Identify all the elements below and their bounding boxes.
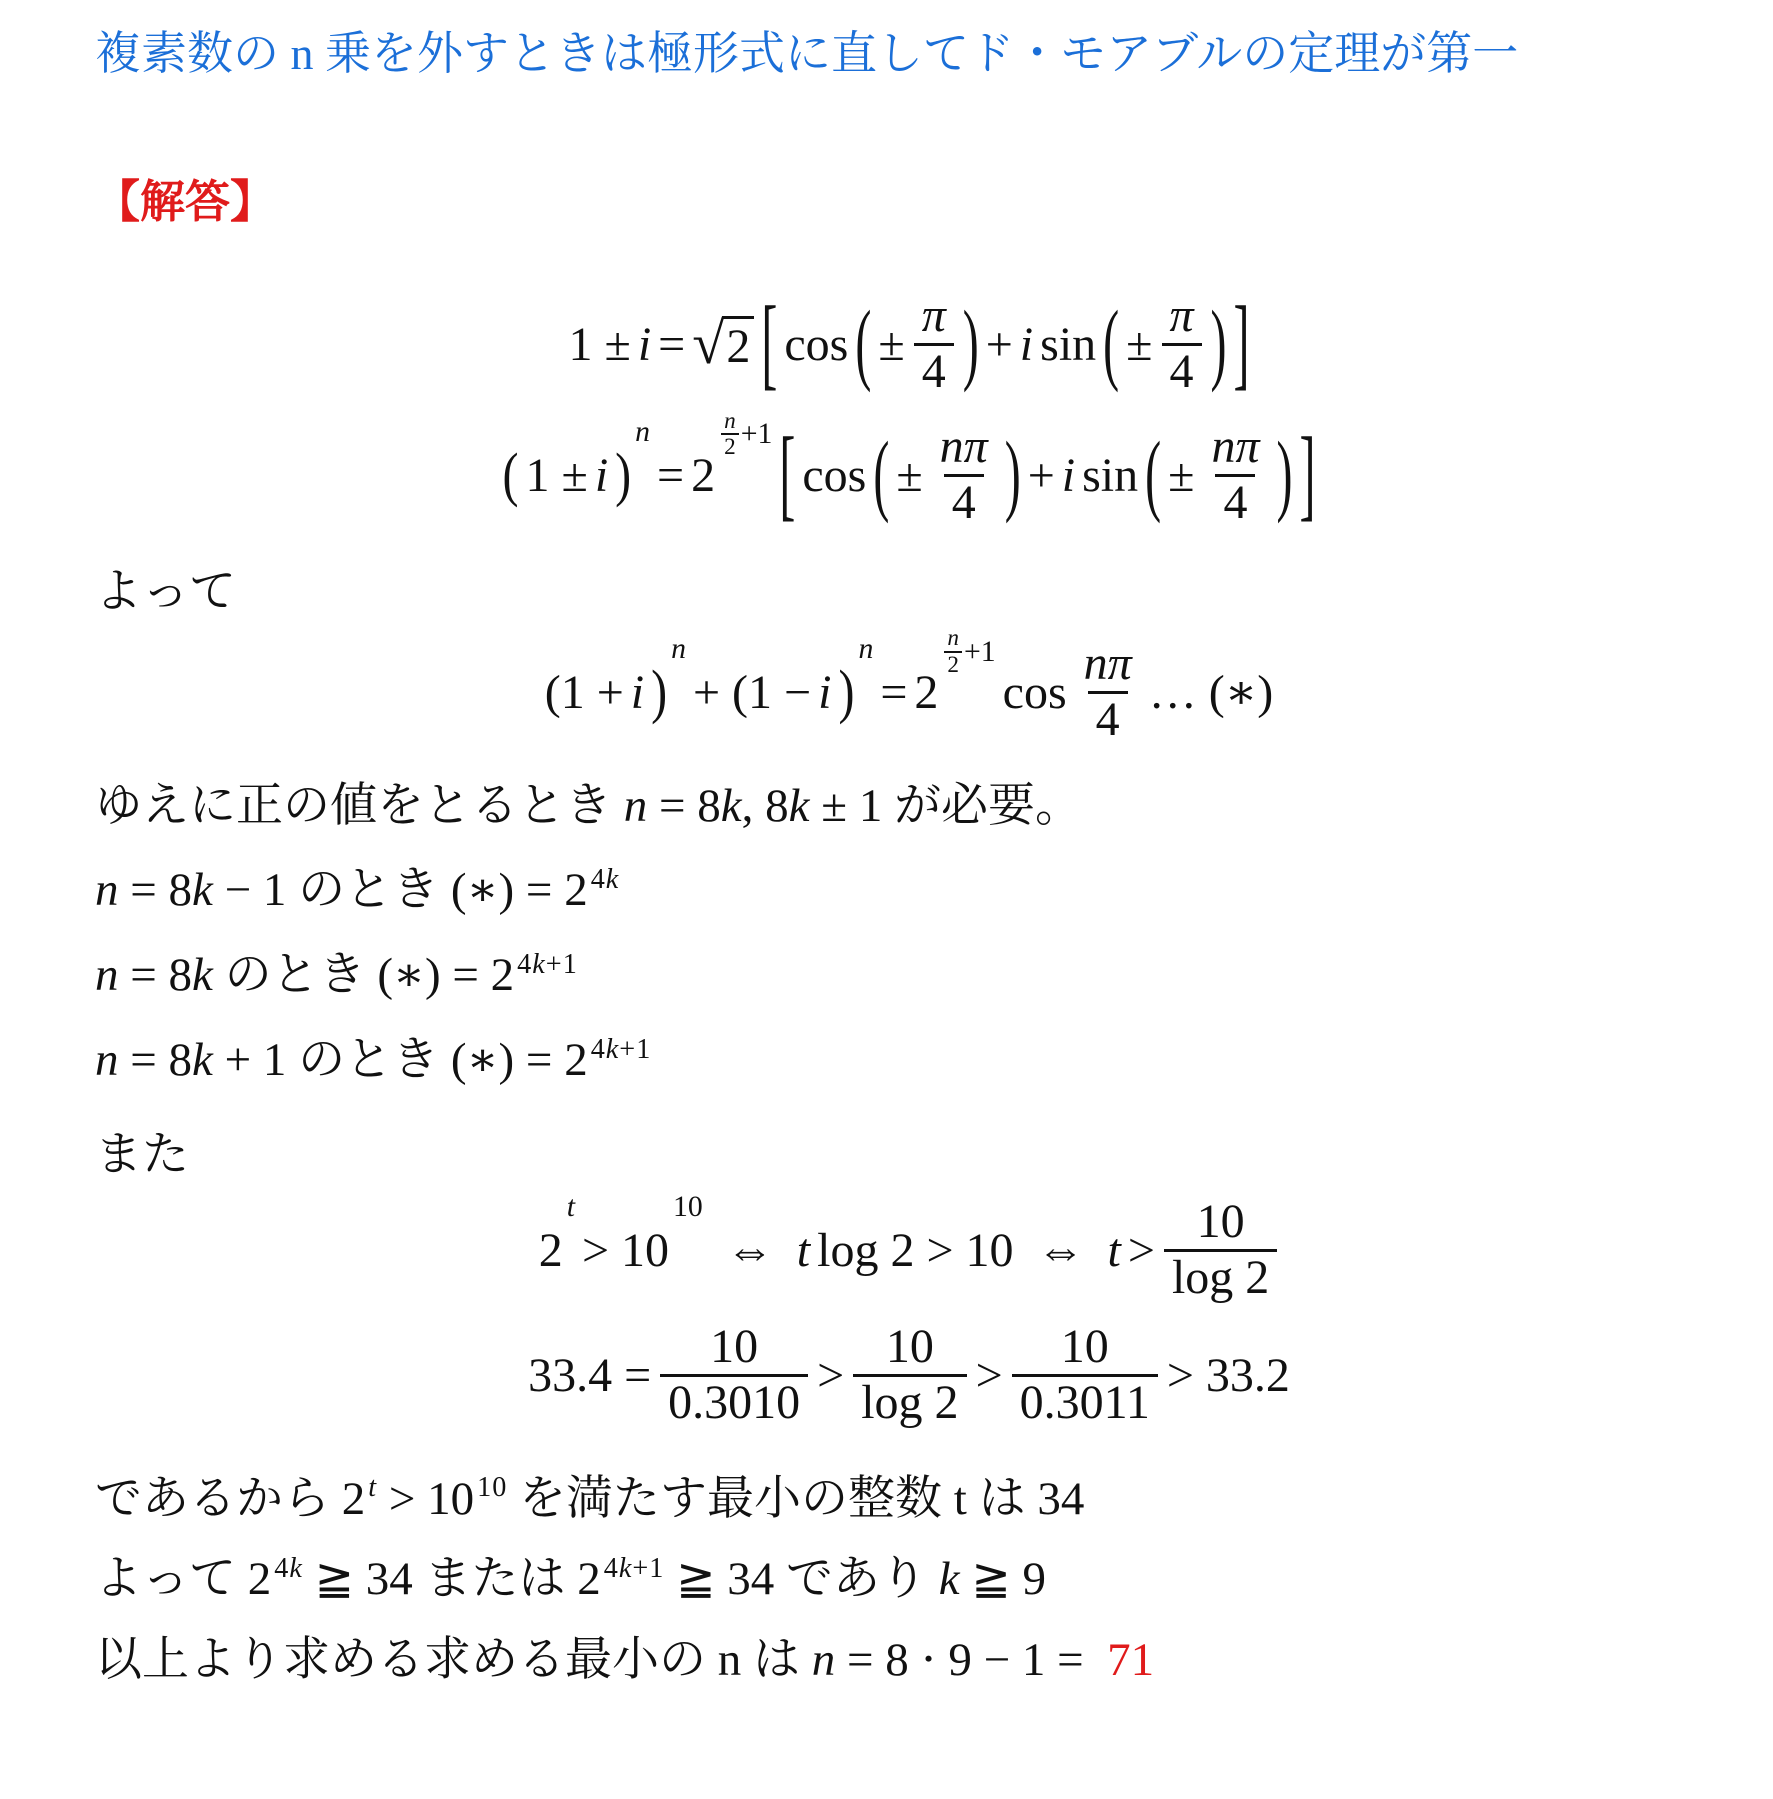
math-char: 8: [169, 949, 193, 1001]
math-char: [213, 1034, 225, 1086]
math-char: [972, 1634, 984, 1686]
math-char: [909, 1634, 921, 1686]
fraction: π 4: [1161, 290, 1201, 399]
math-char: ≧: [676, 1553, 715, 1605]
math-run: (∗) = 2: [377, 949, 514, 1001]
math-char: +: [225, 1034, 252, 1086]
math-char: [354, 1553, 366, 1605]
math-run: n = 8k − 1: [95, 864, 286, 916]
square-root: √ 2: [692, 316, 754, 374]
math-token: +1: [964, 635, 996, 669]
text-run: よって: [95, 1553, 248, 1605]
text-line-case-8k-minus-1: n = 8k − 1 のとき (∗) = 24k: [95, 861, 1723, 920]
math-char: −: [984, 1634, 1011, 1686]
math-token: >: [817, 1348, 844, 1403]
numerator: 10: [702, 1321, 766, 1374]
math-char: 4: [389, 1553, 413, 1605]
left-bracket: [: [761, 284, 777, 402]
math-char: 1: [649, 1553, 664, 1584]
math-char: =: [452, 949, 479, 1001]
math-char: ⋅: [921, 1634, 937, 1686]
numerator: nπ: [1076, 638, 1140, 691]
math-char: 2: [577, 1553, 601, 1605]
superscript: 4k+1: [604, 1553, 665, 1584]
math-char: k: [192, 1034, 213, 1086]
math-char: 0: [451, 1473, 475, 1525]
math-char: −: [225, 864, 252, 916]
math-token: i: [1062, 448, 1075, 503]
math-char: =: [526, 1034, 553, 1086]
numerator: n: [944, 626, 962, 650]
numerator: π: [1161, 290, 1201, 343]
math-char: (: [451, 864, 467, 916]
document-page: 複素数の n 乗を外すときは極形式に直してド・モアブルの定理が第一 【解答】 1…: [0, 0, 1773, 1799]
math-char: [847, 780, 859, 832]
math-char: k: [606, 864, 620, 895]
math-token: 1 ±: [568, 317, 630, 372]
text-line-mata: また: [95, 1126, 1723, 1185]
math-char: [810, 780, 822, 832]
math-char: [251, 864, 263, 916]
fraction: 10 0.3011: [1012, 1321, 1158, 1430]
math-char: 4: [591, 864, 606, 895]
math-token: cos: [784, 317, 848, 372]
left-paren: (: [873, 422, 889, 527]
numerator: 10: [1053, 1321, 1117, 1374]
equation-bounds: 33.4 = 10 0.3010 > 10 log 2 > 10 0.3011 …: [95, 1321, 1723, 1430]
fraction: 10 log 2: [853, 1321, 966, 1430]
equation-row: 1 ± i = √ 2 [ cos ( ± π 4 ) + i sin ( ± …: [568, 290, 1249, 399]
iff-arrow: ⇔: [726, 1223, 774, 1278]
math-char: 1: [263, 1034, 287, 1086]
math-token: >: [976, 1348, 1003, 1403]
math-char: ): [499, 864, 515, 916]
equation-log-inequality: 2 t > 10 10 ⇔ t log 2 > 10 ⇔ t > 10 log …: [95, 1196, 1723, 1305]
math-run: > 10: [377, 1473, 474, 1525]
fraction: nπ 4: [1203, 421, 1267, 530]
math-char: [716, 1553, 728, 1605]
superscript: n: [671, 632, 686, 666]
math-char: [686, 780, 698, 832]
math-char: ±: [821, 780, 847, 832]
math-char: =: [130, 864, 157, 916]
math-run: 2: [577, 1553, 601, 1605]
equation-power-form: ( 1 ± i ) n = 2 n 2 +1 [ cos ( ± nπ 4 ): [95, 421, 1723, 530]
math-token: ±: [878, 317, 904, 372]
superscript: n: [858, 632, 873, 666]
math-token: i: [631, 665, 644, 720]
text-run: また: [95, 1129, 189, 1181]
right-paren: ): [963, 291, 979, 396]
answer-label: 【解答】: [95, 165, 1723, 230]
superscript: 10: [673, 1190, 703, 1224]
math-char: ≧: [971, 1553, 1010, 1605]
math-char: [874, 1634, 886, 1686]
math-token: 2: [914, 665, 938, 720]
math-token: i: [1020, 317, 1033, 372]
math-token: log 2 > 10: [817, 1223, 1013, 1278]
exponent-group: n 2 +1: [721, 409, 772, 460]
math-char: 8: [169, 864, 193, 916]
math-run: ≧ 34: [664, 1553, 774, 1605]
math-run: 2: [248, 1553, 272, 1605]
math-token: ±: [1126, 317, 1152, 372]
math-char: 4: [517, 949, 532, 980]
math-char: [960, 1553, 972, 1605]
math-char: [937, 1634, 949, 1686]
math-char: 4: [274, 1553, 289, 1584]
math-token: 2: [539, 1223, 563, 1278]
math-token: +: [986, 317, 1013, 372]
math-char: (: [451, 1034, 467, 1086]
math-char: 2: [564, 864, 588, 916]
math-char: [835, 1634, 847, 1686]
denominator: 4: [944, 474, 984, 530]
superscript: t: [368, 1472, 377, 1503]
math-char: 1: [563, 949, 578, 980]
math-char: [1045, 1634, 1057, 1686]
math-token: + (1 −: [693, 665, 811, 720]
numerator: 10: [1189, 1196, 1253, 1249]
math-char: 1: [1022, 1634, 1046, 1686]
equation-row: (1 + i ) n + (1 − i ) n = 2 n 2 +1 cos n…: [545, 638, 1274, 747]
left-paren: (: [1145, 422, 1161, 527]
math-token: i: [638, 317, 651, 372]
math-token: cos: [802, 448, 866, 503]
math-char: [552, 1034, 564, 1086]
math-char: k: [192, 949, 213, 1001]
math-char: [753, 780, 765, 832]
math-char: k: [532, 949, 546, 980]
math-char: =: [526, 864, 553, 916]
math-char: 9: [1023, 1553, 1047, 1605]
math-char: 3: [727, 1553, 751, 1605]
math-char: 1: [636, 1034, 651, 1065]
math-token: … (∗): [1149, 664, 1274, 720]
math-token: 33.4 =: [528, 1348, 651, 1403]
math-char: [251, 1034, 263, 1086]
math-char: [552, 864, 564, 916]
math-char: [213, 864, 225, 916]
math-token: > 10: [582, 1223, 669, 1278]
math-char: ∗: [467, 864, 499, 916]
math-run: n = 8k + 1: [95, 1034, 286, 1086]
right-paren: ): [615, 440, 631, 509]
math-char: 4: [604, 1553, 619, 1584]
math-char: =: [847, 1634, 874, 1686]
text-line-case-8k: n = 8k のとき (∗) = 24k+1: [95, 946, 1723, 1005]
math-char: >: [389, 1473, 416, 1525]
left-paren: (: [855, 291, 871, 396]
math-char: 1: [477, 1472, 492, 1503]
math-run: n = 8k: [95, 949, 213, 1001]
math-token: 1 ±: [525, 448, 587, 503]
superscript: 4k+1: [517, 949, 578, 980]
math-char: n: [95, 1034, 119, 1086]
superscript: 4k: [591, 864, 620, 895]
math-char: 4: [751, 1553, 775, 1605]
math-char: n: [95, 949, 119, 1001]
text-line-dearukara: であるから 2t > 1010 を満たす最小の整数 t は 34: [95, 1470, 1723, 1529]
math-run: n = 8 ⋅ 9 − 1 =: [812, 1634, 1107, 1686]
exponent-group: n 2 +1: [944, 626, 995, 677]
iff-arrow: ⇔: [1037, 1223, 1085, 1278]
math-char: k: [606, 1034, 620, 1065]
math-char: ∗: [393, 949, 425, 1001]
text-run: のとき: [213, 949, 378, 1001]
math-run: n = 8k, 8k ± 1: [624, 780, 883, 832]
denominator: log 2: [1164, 1249, 1277, 1305]
denominator: 0.3010: [660, 1374, 808, 1430]
answer-value: 71: [1107, 1634, 1154, 1686]
math-char: k: [192, 864, 213, 916]
text-run: のとき: [286, 1034, 451, 1086]
text-run: のとき: [286, 864, 451, 916]
text-run: 以上より求める求める最小の n は: [95, 1634, 812, 1686]
text-run: が必要。: [882, 780, 1082, 832]
fraction: n 2: [944, 626, 962, 677]
math-char: ): [499, 1034, 515, 1086]
superscript: 4k+1: [591, 1034, 652, 1065]
math-char: [157, 864, 169, 916]
math-char: [157, 1034, 169, 1086]
denominator: 4: [914, 343, 954, 399]
text-run: または: [413, 1553, 578, 1605]
math-char: +: [546, 949, 563, 980]
fraction: nπ 4: [1076, 638, 1140, 747]
fraction: π 4: [914, 290, 954, 399]
numerator: n: [721, 409, 739, 433]
math-char: [479, 949, 491, 1001]
math-char: k: [289, 1553, 303, 1584]
equation-row: 33.4 = 10 0.3010 > 10 log 2 > 10 0.3011 …: [528, 1321, 1290, 1430]
right-paren: ): [1211, 291, 1227, 396]
math-char: 2: [491, 949, 515, 1001]
math-char: [119, 949, 131, 1001]
math-char: 9: [948, 1634, 972, 1686]
math-char: n: [812, 1634, 836, 1686]
denominator: 0.3011: [1012, 1374, 1158, 1430]
math-char: 1: [859, 780, 883, 832]
math-char: 2: [564, 1034, 588, 1086]
math-char: 8: [885, 1634, 909, 1686]
math-char: ≧: [315, 1553, 354, 1605]
math-char: ∗: [467, 1034, 499, 1086]
math-char: 2: [248, 1553, 272, 1605]
math-token: =: [657, 448, 684, 503]
math-char: 8: [697, 780, 721, 832]
math-token: i: [818, 665, 831, 720]
math-char: (: [377, 949, 393, 1001]
math-token: > 33.2: [1167, 1348, 1290, 1403]
math-char: 8: [169, 1034, 193, 1086]
fraction: nπ 4: [932, 421, 996, 530]
math-char: [1095, 1634, 1107, 1686]
math-char: [1084, 1634, 1096, 1686]
math-run: (∗) = 2: [451, 1034, 588, 1086]
math-token: ±: [896, 448, 922, 503]
text-run: よって: [95, 566, 236, 618]
math-char: t: [368, 1472, 377, 1503]
math-char: ,: [742, 780, 754, 832]
math-char: 1: [427, 1473, 451, 1525]
text-line-case-8k-plus-1: n = 8k + 1 のとき (∗) = 24k+1: [95, 1031, 1723, 1090]
superscript: 10: [477, 1472, 507, 1503]
math-token: t: [1108, 1223, 1121, 1278]
equation-sum-star: (1 + i ) n + (1 − i ) n = 2 n 2 +1 cos n…: [95, 638, 1723, 747]
fraction: 10 log 2: [1164, 1196, 1277, 1305]
right-bracket: ]: [1300, 415, 1316, 533]
math-token: cos: [1003, 665, 1067, 720]
superscript: 4k: [274, 1553, 303, 1584]
math-char: =: [1057, 1634, 1084, 1686]
math-char: [441, 949, 453, 1001]
math-char: 2: [342, 1473, 366, 1525]
superscript: t: [567, 1190, 575, 1224]
right-paren: ): [1277, 422, 1293, 527]
fraction: n 2: [721, 409, 739, 460]
superscript: n: [635, 415, 650, 449]
text-line-yotte: よって: [95, 563, 1723, 622]
math-char: [1011, 1553, 1023, 1605]
math-char: k: [939, 1553, 960, 1605]
left-paren: (: [503, 440, 519, 509]
denominator: 4: [1215, 474, 1255, 530]
math-char: ): [425, 949, 441, 1001]
math-char: [303, 1553, 315, 1605]
math-char: [415, 1473, 427, 1525]
text-line-conclusion: 以上より求める求める最小の n は n = 8 ⋅ 9 − 1 = 71: [95, 1631, 1723, 1690]
math-char: 3: [366, 1553, 390, 1605]
math-char: [377, 1473, 389, 1525]
math-token: sin: [1082, 448, 1138, 503]
math-char: [514, 1034, 526, 1086]
right-bracket: ]: [1234, 284, 1250, 402]
numerator: nπ: [932, 421, 996, 474]
math-char: k: [721, 780, 742, 832]
denominator: 4: [1088, 691, 1128, 747]
math-token: ±: [1168, 448, 1194, 503]
math-run: (∗) = 2: [451, 864, 588, 916]
text-run: であるから: [95, 1473, 342, 1525]
radical-sign: √: [692, 316, 724, 372]
math-char: n: [624, 780, 648, 832]
equation-row: 2 t > 10 10 ⇔ t log 2 > 10 ⇔ t > 10 log …: [539, 1196, 1280, 1305]
text-line-yueni: ゆえに正の値をとるとき n = 8k, 8k ± 1 が必要。: [95, 777, 1723, 836]
math-run: k ≧ 9: [939, 1553, 1046, 1605]
math-char: [664, 1553, 676, 1605]
math-char: k: [789, 780, 810, 832]
denominator: 2: [944, 651, 962, 677]
equation-row: ( 1 ± i ) n = 2 n 2 +1 [ cos ( ± nπ 4 ): [503, 421, 1316, 530]
denominator: 2: [721, 433, 739, 459]
math-token: i: [595, 448, 608, 503]
equation-polar-form: 1 ± i = √ 2 [ cos ( ± π 4 ) + i sin ( ± …: [95, 290, 1723, 399]
right-paren: ): [1005, 422, 1021, 527]
text-line-yotte-2: よって 24k ≧ 34 または 24k+1 ≧ 34 であり k ≧ 9: [95, 1550, 1723, 1609]
numerator: nπ: [1203, 421, 1267, 474]
right-paren: ): [838, 658, 854, 727]
math-token: t: [797, 1223, 810, 1278]
math-char: k: [619, 1553, 633, 1584]
numerator: π: [914, 290, 954, 343]
math-token: =: [658, 317, 685, 372]
math-char: [157, 949, 169, 1001]
math-char: +: [619, 1034, 636, 1065]
text-run: を満たす最小の整数 t は 34: [507, 1473, 1084, 1525]
denominator: 4: [1162, 343, 1202, 399]
math-char: 0: [492, 1472, 507, 1503]
math-char: 4: [591, 1034, 606, 1065]
math-run: 2: [342, 1473, 366, 1525]
math-char: =: [130, 949, 157, 1001]
math-token: +1: [741, 417, 773, 451]
left-bracket: [: [779, 415, 795, 533]
math-char: =: [130, 1034, 157, 1086]
math-token: sin: [1040, 317, 1096, 372]
math-run: ≧ 34: [303, 1553, 413, 1605]
math-token: 2: [691, 448, 715, 503]
math-char: n: [95, 864, 119, 916]
math-token: 2: [722, 316, 754, 374]
text-run: ゆえに正の値をとるとき: [95, 780, 624, 832]
math-char: [1010, 1634, 1022, 1686]
denominator: log 2: [853, 1374, 966, 1430]
math-token: +: [1028, 448, 1055, 503]
fraction: 10 0.3010: [660, 1321, 808, 1430]
math-token: =: [880, 665, 907, 720]
right-paren: ): [651, 658, 667, 727]
math-char: =: [659, 780, 686, 832]
math-char: [647, 780, 659, 832]
numerator: 10: [878, 1321, 942, 1374]
math-char: 1: [263, 864, 287, 916]
math-char: [119, 1034, 131, 1086]
math-token: (1 +: [545, 665, 624, 720]
math-char: [119, 864, 131, 916]
math-char: 8: [765, 780, 789, 832]
math-token: >: [1128, 1223, 1155, 1278]
text-run: であり: [774, 1553, 939, 1605]
left-paren: (: [1103, 291, 1119, 396]
page-title: 複素数の n 乗を外すときは極形式に直してド・モアブルの定理が第一: [95, 26, 1723, 81]
math-char: [514, 864, 526, 916]
math-char: +: [632, 1553, 649, 1584]
